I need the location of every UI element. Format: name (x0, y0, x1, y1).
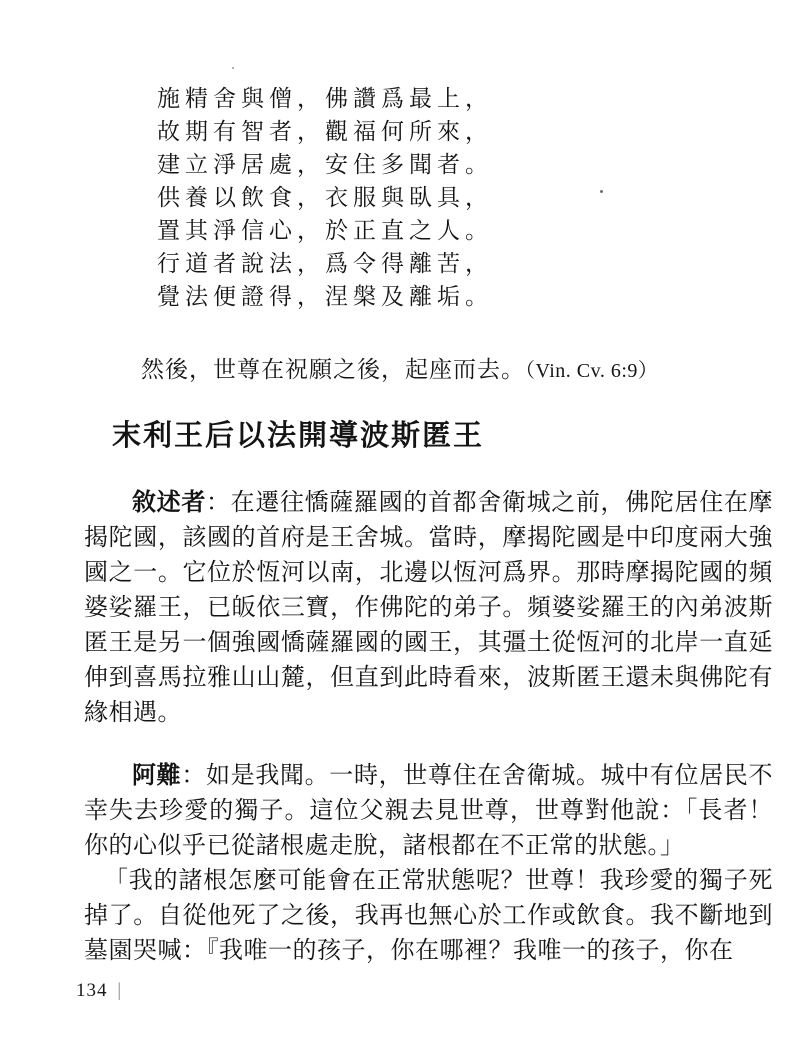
scripture-citation: （Vin. Cv. 6:9） (525, 360, 658, 382)
page-content: 施精舍與僧，佛讚爲最上， 故期有智者，觀福何所來， 建立淨居處，安住多聞者。 供… (84, 0, 773, 969)
verse-line: 置其淨信心，於正直之人。 (157, 214, 773, 247)
verse-line: 建立淨居處，安住多聞者。 (157, 148, 773, 181)
footer-divider: | (117, 980, 120, 1002)
closing-sentence: 然後，世尊在祝願之後，起座而去。（Vin. Cv. 6:9） (84, 354, 773, 387)
speaker-colon: ： (181, 763, 206, 789)
speaker-colon: ： (206, 490, 231, 516)
verse-line: 覺法便證得，涅槃及離垢。 (157, 280, 773, 313)
closing-sentence-text: 然後，世尊在祝願之後，起座而去。 (141, 357, 525, 382)
page-number: 134 (76, 980, 108, 1001)
verse-line: 供養以飲食，衣服與臥具， (157, 181, 773, 214)
quote-paragraph: 「我的諸根怎麼可能會在正常狀態呢？世尊！我珍愛的獨子死掉了。自從他死了之後，我再… (84, 864, 773, 969)
paragraph-text: 在遷往憍薩羅國的首都舍衛城之前，佛陀居住在摩揭陀國，該國的首府是王舍城。當時，摩… (84, 490, 773, 726)
narrator-paragraph: 敘述者：在遷往憍薩羅國的首都舍衛城之前，佛陀居住在摩揭陀國，該國的首府是王舍城。… (84, 486, 773, 731)
paragraph-text: 「我的諸根怎麼可能會在正常狀態呢？世尊！我珍愛的獨子死掉了。自從他死了之後，我再… (84, 868, 773, 964)
verse-block: 施精舍與僧，佛讚爲最上， 故期有智者，觀福何所來， 建立淨居處，安住多聞者。 供… (157, 82, 773, 313)
section-heading: 末利王后以法開導波斯匿王 (112, 417, 773, 455)
page-footer: 134| (76, 980, 121, 1002)
verse-line: 故期有智者，觀福何所來， (157, 115, 773, 148)
scan-speck (232, 67, 234, 69)
speaker-name: 敘述者 (132, 490, 206, 516)
ananda-paragraph: 阿難：如是我聞。一時，世尊住在舍衛城。城中有位居民不幸失去珍愛的獨子。這位父親去… (84, 759, 773, 864)
book-page: 施精舍與僧，佛讚爲最上， 故期有智者，觀福何所來， 建立淨居處，安住多聞者。 供… (0, 0, 792, 1056)
scan-speck (600, 190, 603, 193)
verse-line: 行道者說法，爲令得離苦， (157, 247, 773, 280)
verse-line: 施精舍與僧，佛讚爲最上， (157, 82, 773, 115)
speaker-name: 阿難 (132, 763, 181, 789)
